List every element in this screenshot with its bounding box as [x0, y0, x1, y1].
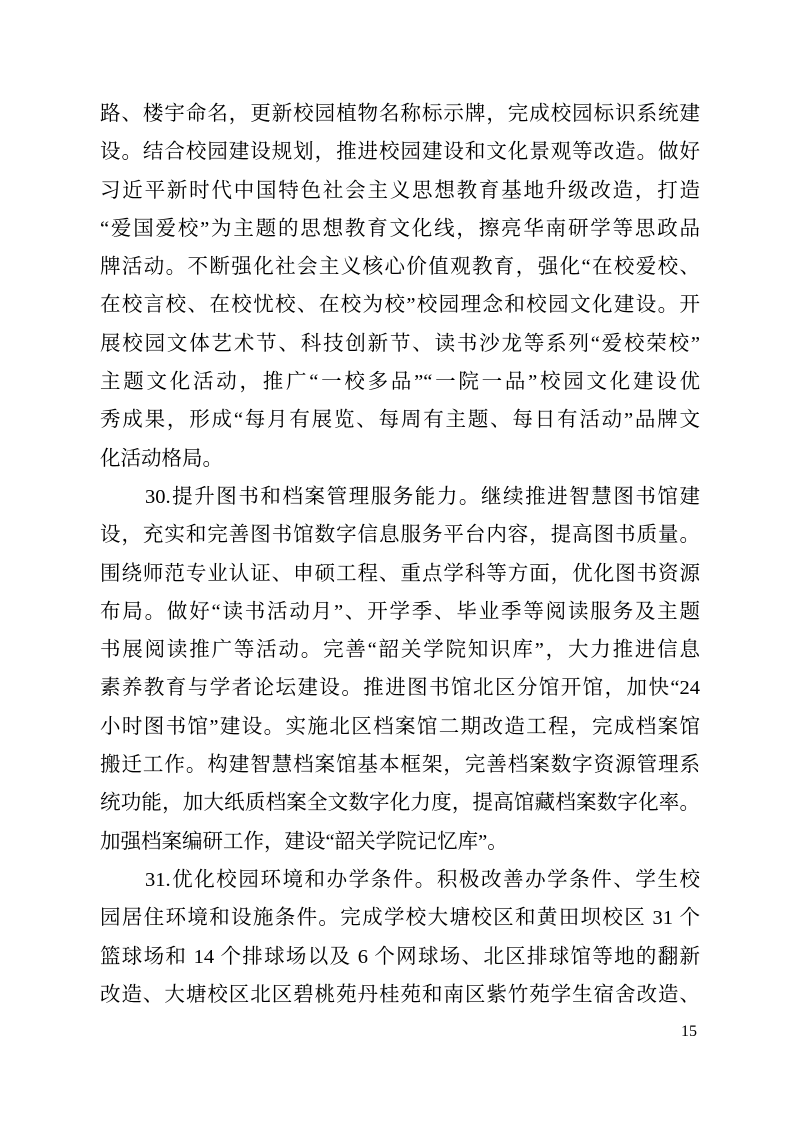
text-line: 牌活动。不断强化社会主义核心价值观教育，强化“在校爱校、	[100, 248, 700, 286]
text-line: 统功能，加大纸质档案全文数字化力度，提高馆藏档案数字化率。	[100, 784, 700, 822]
text-line: 路、楼宇命名，更新校园植物名称标示牌，完成校园标识系统建	[100, 95, 700, 133]
text-line: 加强档案编研工作，建设“韶关学院记忆库”。	[100, 823, 700, 861]
text-line: 园居住环境和设施条件。完成学校大塘校区和黄田坝校区 31 个	[100, 899, 700, 937]
page-number: 15	[681, 1022, 697, 1042]
text-line: 在校言校、在校忧校、在校为校”校园理念和校园文化建设。开	[100, 286, 700, 324]
document-text-block: 路、楼宇命名，更新校园植物名称标示牌，完成校园标识系统建设。结合校园建设规划，推…	[100, 95, 700, 1014]
text-line: 围绕师范专业认证、申硕工程、重点学科等方面，优化图书资源	[100, 555, 700, 593]
text-line: 改造、大塘校区北区碧桃苑丹桂苑和南区紫竹苑学生宿舍改造、	[100, 976, 700, 1014]
text-line: 布局。做好“读书活动月”、开学季、毕业季等阅读服务及主题	[100, 593, 700, 631]
text-line: 设，充实和完善图书馆数字信息服务平台内容，提高图书质量。	[100, 516, 700, 554]
text-line: 小时图书馆”建设。实施北区档案馆二期改造工程，完成档案馆	[100, 708, 700, 746]
text-line: “爱国爱校”为主题的思想教育文化线，擦亮华南研学等思政品	[100, 210, 700, 248]
text-line: 搬迁工作。构建智慧档案馆基本框架，完善档案数字资源管理系	[100, 746, 700, 784]
document-page: 路、楼宇命名，更新校园植物名称标示牌，完成校园标识系统建设。结合校园建设规划，推…	[0, 0, 793, 1122]
text-line: 秀成果，形成“每月有展览、每周有主题、每日有活动”品牌文	[100, 401, 700, 439]
text-line: 展校园文体艺术节、科技创新节、读书沙龙等系列“爱校荣校”	[100, 325, 700, 363]
text-line: 设。结合校园建设规划，推进校园建设和文化景观等改造。做好	[100, 133, 700, 171]
text-line: 篮球场和 14 个排球场以及 6 个网球场、北区排球馆等地的翻新	[100, 938, 700, 976]
text-line: 主题文化活动，推广“一校多品”“一院一品”校园文化建设优	[100, 363, 700, 401]
text-line: 书展阅读推广等活动。完善“韶关学院知识库”，大力推进信息	[100, 631, 700, 669]
text-line: 习近平新时代中国特色社会主义思想教育基地升级改造，打造	[100, 172, 700, 210]
text-line: 30.提升图书和档案管理服务能力。继续推进智慧图书馆建	[100, 478, 700, 516]
text-line: 素养教育与学者论坛建设。推进图书馆北区分馆开馆，加快“24	[100, 669, 700, 707]
text-line: 31.优化校园环境和办学条件。积极改善办学条件、学生校	[100, 861, 700, 899]
text-line: 化活动格局。	[100, 440, 700, 478]
